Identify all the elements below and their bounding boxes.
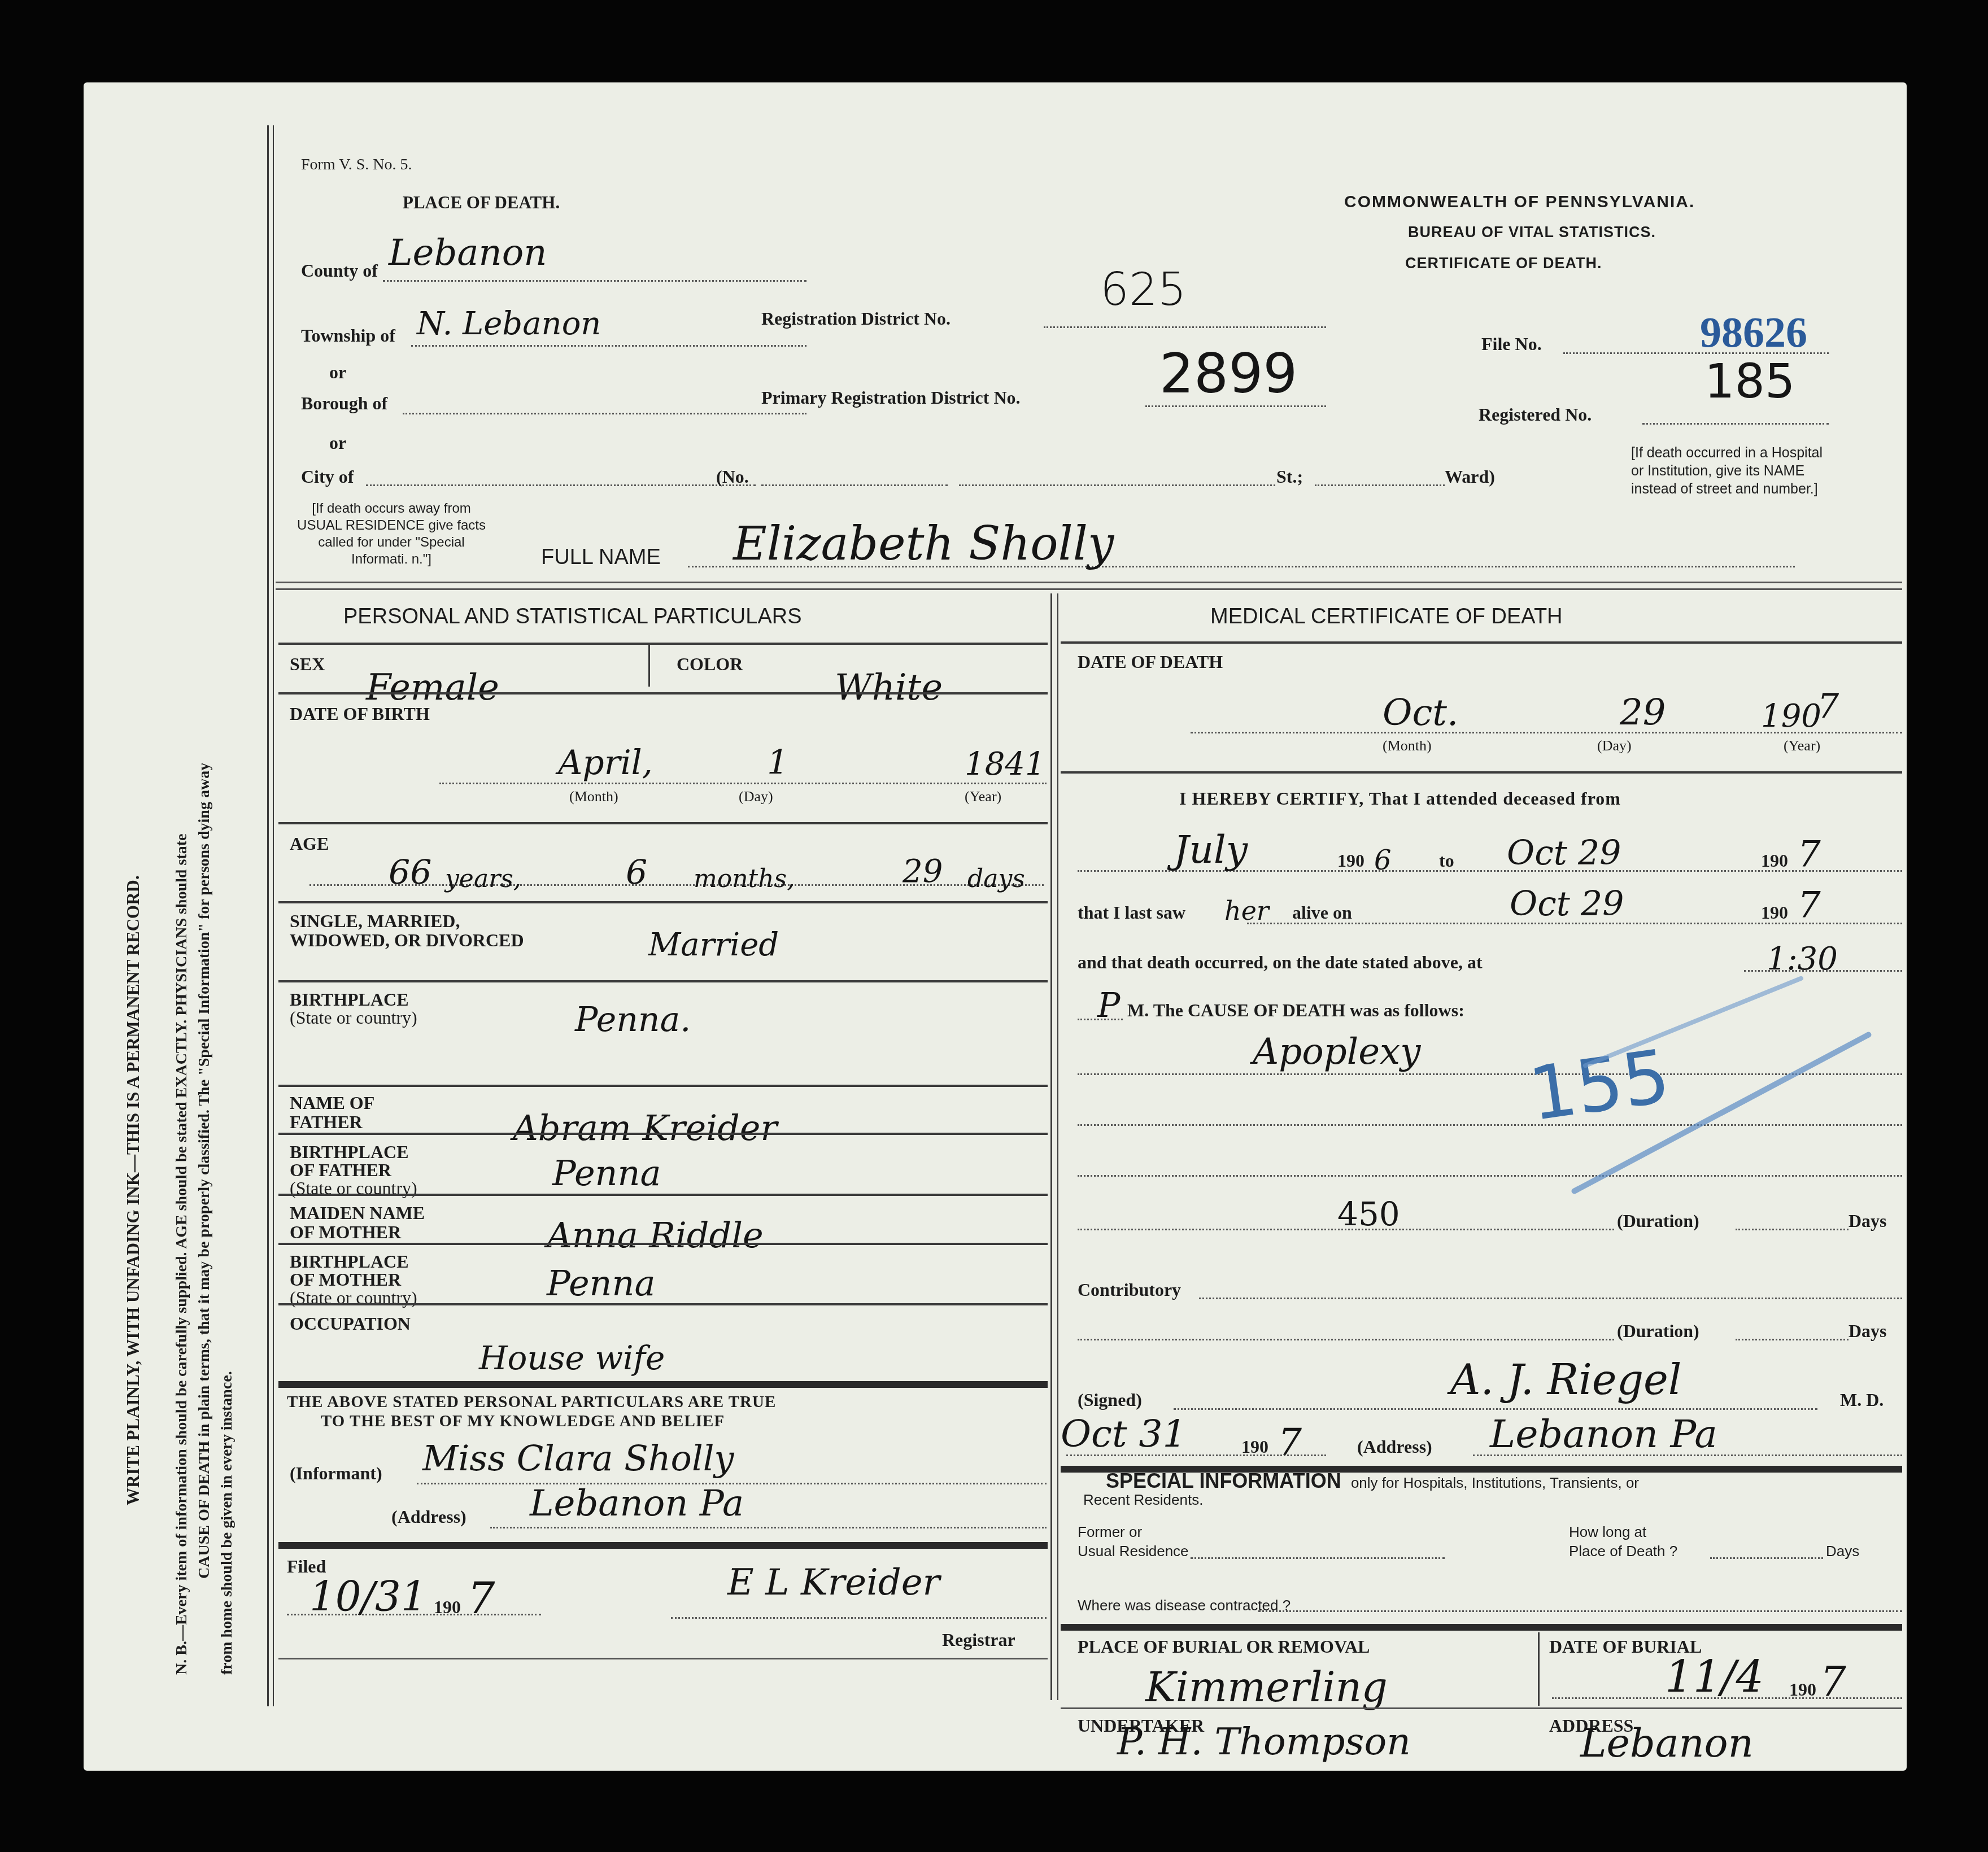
registered-no-label: Registered No. [1479, 404, 1592, 425]
special-info-heading: SPECIAL INFORMATION only for Hospitals, … [1083, 1473, 1897, 1508]
mother-label-line-2: OF MOTHER [290, 1222, 425, 1242]
row-rule [278, 901, 1048, 903]
dob-line [439, 783, 1047, 784]
row-rule [1061, 1707, 1902, 1709]
borough-label: Borough of [301, 393, 387, 414]
former-residence-label-1: Former or [1078, 1522, 1189, 1541]
filed-year-prefix: 190 [434, 1597, 461, 1618]
birthplace-label-line: BIRTHPLACE [290, 990, 417, 1008]
father-label: NAME OF FATHER [290, 1093, 374, 1132]
special-info-subtitle: only for Hospitals, Institutions, Transi… [1351, 1474, 1639, 1491]
filed-year-suffix[interactable]: 7 [468, 1573, 495, 1623]
row-rule [278, 692, 1048, 694]
row-rule [278, 1243, 1048, 1245]
section-rule-thick [278, 1381, 1048, 1388]
row-rule [278, 1133, 1048, 1135]
how-long-line[interactable] [1710, 1557, 1823, 1559]
sex-label: SEX [290, 654, 325, 675]
contributory-duration-line[interactable] [1078, 1339, 1614, 1340]
mother-label: MAIDEN NAME OF MOTHER [290, 1203, 425, 1242]
sex-value[interactable]: Female [366, 667, 499, 709]
registration-district-label: Registration District No. [761, 308, 951, 329]
contracted-line[interactable] [1258, 1610, 1902, 1612]
dod-year-suffix[interactable]: 7 [1817, 687, 1839, 726]
cause-text: M. The CAUSE OF DEATH was as follows: [1127, 1000, 1464, 1021]
age-days[interactable]: 29 [903, 853, 943, 890]
occupation-value[interactable]: House wife [479, 1339, 665, 1377]
row-rule [1061, 771, 1902, 774]
how-long-label: How long at Place of Death ? [1569, 1522, 1677, 1561]
bottom-rule-left [278, 1658, 1048, 1659]
or-label-1: or [329, 362, 346, 383]
certify-text: I HEREBY CERTIFY, That I attended deceas… [1179, 788, 1621, 809]
street-no-field-line[interactable] [761, 484, 948, 486]
physician-address-label: (Address) [1357, 1436, 1432, 1457]
registrar-label: Registrar [942, 1630, 1015, 1650]
cause-line-3 [1078, 1175, 1902, 1177]
dod-day-caption: (Day) [1597, 737, 1632, 754]
header-divider [276, 582, 1902, 583]
file-no-value[interactable]: 98626 [1700, 308, 1807, 357]
dob-month-caption: (Month) [569, 788, 618, 805]
full-name-label: FULL NAME [541, 545, 661, 570]
dod-label: DATE OF DEATH [1078, 652, 1223, 672]
registration-district-line [1044, 326, 1326, 328]
informant-value[interactable]: Miss Clara Sholly [422, 1438, 734, 1479]
death-occurred-text: and that death occurred, on the date sta… [1078, 952, 1483, 973]
attended-to-year-suffix[interactable]: 7 [1798, 833, 1821, 875]
dob-label: DATE OF BIRTH [290, 704, 430, 724]
dob-year-caption: (Year) [965, 788, 1001, 805]
informant-statement: THE ABOVE STATED PERSONAL PARTICULARS AR… [287, 1392, 776, 1431]
form-number: Form V. S. No. 5. [301, 156, 412, 174]
burial-date-value[interactable]: 11/4 [1665, 1652, 1764, 1703]
dob-month[interactable]: April, [558, 743, 653, 783]
dob-year[interactable]: 1841 [965, 746, 1045, 783]
cause-line-1 [1078, 1073, 1902, 1075]
cause-value[interactable]: Apoplexy [1253, 1031, 1420, 1073]
informant-statement-line-1: THE ABOVE STATED PERSONAL PARTICULARS AR… [287, 1392, 776, 1412]
contributory-label: Contributory [1078, 1279, 1181, 1300]
special-info-title: SPECIAL INFORMATION [1106, 1469, 1341, 1492]
dod-year-prefix: 190 [1761, 698, 1821, 735]
mother-birthplace-value[interactable]: Penna [547, 1263, 655, 1304]
street-no-label: (No. [716, 466, 749, 487]
margin-instruction-3: CAUSE OF DEATH in plain terms, that it m… [195, 763, 213, 1579]
residence-note: [If death occurs away from USUAL RESIDEN… [295, 500, 487, 568]
ampm-value[interactable]: P [1097, 986, 1120, 1025]
father-birthplace-value[interactable]: Penna [552, 1152, 661, 1194]
row-rule [278, 643, 1048, 645]
registered-no-line [1642, 423, 1829, 425]
informant-label: (Informant) [290, 1463, 382, 1484]
registration-district-value[interactable]: 625 [1100, 263, 1187, 316]
attended-from-year-prefix: 190 [1337, 850, 1364, 871]
father-label-line-2: FATHER [290, 1112, 374, 1132]
margin-instruction-1: WRITE PLAINLY, WITH UNFADING INK—THIS IS… [123, 875, 143, 1505]
margin-instruction-4: from home should be given in every insta… [218, 1371, 236, 1675]
township-label: Township of [301, 325, 395, 346]
marital-label: SINGLE, MARRIED, WIDOWED, OR DIVORCED [290, 911, 524, 950]
registered-no-value[interactable]: 185 [1704, 353, 1795, 409]
township-value[interactable]: N. Lebanon [417, 305, 601, 342]
special-info-subtitle-line-2: Recent Residents. [1083, 1491, 1897, 1508]
former-residence-label: Former or Usual Residence [1078, 1522, 1189, 1561]
alive-on-text: alive on [1292, 902, 1352, 923]
mother-bp-label-line-2: OF MOTHER [290, 1270, 417, 1288]
city-label: City of [301, 466, 354, 487]
physician-address-value[interactable]: Lebanon Pa [1490, 1412, 1717, 1457]
age-months[interactable]: 6 [626, 853, 647, 893]
informant-address-value[interactable]: Lebanon Pa [530, 1483, 744, 1525]
state-caption: (State or country) [290, 1008, 417, 1027]
column-divider-inner [1057, 593, 1058, 1700]
days-label-2: Days [1849, 1321, 1887, 1342]
dob-day-caption: (Day) [739, 788, 773, 805]
father-bp-label-line-2: OF FATHER [290, 1161, 417, 1179]
mother-bp-label-line-1: BIRTHPLACE [290, 1252, 417, 1270]
registrar-signature[interactable]: E L Kreider [727, 1562, 940, 1604]
birthplace-value[interactable]: Penna. [575, 1000, 691, 1039]
months-word: months, [694, 864, 795, 893]
county-value[interactable]: Lebanon [389, 232, 547, 274]
how-long-label-2: Place of Death ? [1569, 1541, 1677, 1561]
father-bp-label-line-1: BIRTHPLACE [290, 1143, 417, 1161]
burial-year-prefix: 190 [1789, 1679, 1816, 1700]
father-label-line-1: NAME OF [290, 1093, 374, 1112]
to-word: to [1439, 850, 1454, 871]
certificate-paper: WRITE PLAINLY, WITH UNFADING INK—THIS IS… [84, 82, 1907, 1771]
physician-signature[interactable]: A. J. Riegel [1450, 1356, 1681, 1404]
dod-day[interactable]: 29 [1620, 692, 1666, 734]
left-border-rule [267, 125, 269, 1706]
medical-heading: MEDICAL CERTIFICATE OF DEATH [1210, 605, 1563, 629]
township-field-line [411, 345, 806, 347]
birthplace-label: BIRTHPLACE (State or country) [290, 990, 417, 1027]
father-birthplace-label: BIRTHPLACE OF FATHER (State or country) [290, 1143, 417, 1197]
street-name-field-line[interactable] [959, 484, 1275, 486]
color-label: COLOR [677, 654, 743, 675]
signed-date[interactable]: Oct 31 [1061, 1412, 1187, 1456]
dod-month[interactable]: Oct. [1383, 692, 1458, 734]
attended-to[interactable]: Oct 29 [1507, 833, 1621, 873]
filed-date-value[interactable]: 10/31 [309, 1573, 427, 1620]
duration-label: (Duration) [1617, 1211, 1699, 1231]
attended-from-year-suffix[interactable]: 6 [1374, 845, 1392, 876]
signed-label: (Signed) [1078, 1390, 1142, 1410]
how-long-label-1: How long at [1569, 1522, 1677, 1541]
former-residence-label-2: Usual Residence [1078, 1541, 1189, 1561]
burial-year-suffix[interactable]: 7 [1820, 1658, 1846, 1705]
undertaker-address-value[interactable]: Lebanon [1580, 1720, 1754, 1766]
sex-color-divider [648, 644, 650, 687]
header-divider-2 [276, 588, 1902, 590]
county-field-line [383, 280, 806, 282]
column-divider [1050, 593, 1052, 1700]
ward-label: Ward) [1445, 466, 1495, 487]
file-no-label: File No. [1481, 334, 1542, 355]
row-rule [278, 1303, 1048, 1305]
primary-registration-line [1145, 405, 1326, 407]
dod-year-caption: (Year) [1784, 737, 1820, 754]
contributory-days-line[interactable] [1736, 1339, 1849, 1340]
signed-year-suffix[interactable]: 7 [1278, 1421, 1302, 1464]
city-field-line[interactable] [366, 484, 756, 486]
attended-to-year-prefix: 190 [1761, 850, 1788, 871]
duration-days-line [1736, 1229, 1849, 1230]
place-of-death-heading: PLACE OF DEATH. [403, 193, 560, 213]
mother-name-value[interactable]: Anna Riddle [547, 1215, 764, 1256]
row-rule [278, 1085, 1048, 1087]
last-saw-year-prefix: 190 [1761, 902, 1788, 923]
left-border-rule-inner [273, 125, 274, 1706]
certificate-title: CERTIFICATE OF DEATH. [1405, 255, 1602, 272]
undertaker-value[interactable]: P. H. Thompson [1117, 1720, 1411, 1763]
contributory-line[interactable] [1199, 1298, 1902, 1299]
father-name-value[interactable]: Abram Kreider [513, 1107, 777, 1148]
signed-year-prefix: 190 [1241, 1436, 1268, 1457]
registrar-line [671, 1617, 1047, 1619]
years-word: years, [445, 864, 521, 893]
marital-label-line-2: WIDOWED, OR DIVORCED [290, 931, 524, 950]
full-name-value[interactable]: Elizabeth Sholly [733, 517, 1114, 571]
primary-registration-label: Primary Registration District No. [761, 387, 1021, 408]
dod-month-caption: (Month) [1383, 737, 1432, 754]
margin-instruction-2: N. B.—Every item of information should b… [173, 834, 191, 1675]
attended-from[interactable]: July [1174, 828, 1248, 872]
burial-divider [1538, 1632, 1540, 1706]
mother-label-line-1: MAIDEN NAME [290, 1203, 425, 1222]
occupation-label: OCCUPATION [290, 1313, 411, 1334]
or-label-2: or [329, 433, 346, 453]
duration-label-2: (Duration) [1617, 1321, 1699, 1342]
personal-heading: PERSONAL AND STATISTICAL PARTICULARS [343, 605, 802, 629]
row-rule [1061, 641, 1902, 644]
md-label: M. D. [1840, 1390, 1884, 1410]
section-rule-thick [278, 1542, 1048, 1549]
former-residence-line[interactable] [1191, 1557, 1445, 1559]
burial-place-value[interactable]: Kimmerling [1145, 1663, 1388, 1711]
last-saw-date[interactable]: Oct 29 [1510, 884, 1624, 924]
row-rule [278, 1194, 1048, 1196]
borough-field-line[interactable] [403, 413, 806, 414]
duration-value[interactable]: 450 [1337, 1195, 1400, 1233]
how-long-days-label: Days [1826, 1543, 1859, 1560]
dob-day[interactable]: 1 [767, 743, 788, 783]
age-years[interactable]: 66 [389, 853, 431, 893]
last-saw-year-suffix[interactable]: 7 [1798, 884, 1821, 926]
st-label: St.; [1276, 466, 1303, 487]
days-label: Days [1849, 1211, 1887, 1231]
ward-field-line[interactable] [1315, 484, 1445, 486]
signed-line [1174, 1408, 1817, 1410]
hospital-note: [If death occurred in a Hospital or Inst… [1631, 444, 1829, 498]
primary-registration-value[interactable]: 2899 [1159, 342, 1297, 405]
pencil-code-annotation: 155 [1524, 1033, 1675, 1137]
color-value[interactable]: White [835, 667, 943, 709]
marital-label-line-1: SINGLE, MARRIED, [290, 911, 524, 931]
informant-address-line [490, 1527, 1047, 1528]
informant-statement-line-2: TO THE BEST OF MY KNOWLEDGE AND BELIEF [287, 1412, 776, 1431]
cause-line-2 [1078, 1124, 1902, 1126]
mother-birthplace-label: BIRTHPLACE OF MOTHER (State or country) [290, 1252, 417, 1307]
bureau-title: BUREAU OF VITAL STATISTICS. [1408, 224, 1656, 241]
commonwealth-title: COMMONWEALTH OF PENNSYLVANIA. [1344, 193, 1695, 212]
last-saw-text: that I last saw [1078, 902, 1185, 923]
pencil-stroke-icon [1582, 976, 1804, 1069]
burial-place-label: PLACE OF BURIAL OR REMOVAL [1078, 1636, 1370, 1657]
section-rule-thick [1061, 1624, 1902, 1631]
last-saw-pronoun[interactable]: her [1224, 896, 1269, 926]
informant-address-label: (Address) [391, 1506, 467, 1527]
row-rule [278, 980, 1048, 982]
row-rule [278, 822, 1048, 824]
time-of-death[interactable]: 1:30 [1767, 941, 1838, 977]
county-label: County of [301, 260, 378, 281]
marital-value[interactable]: Married [648, 927, 779, 963]
days-word: days [967, 864, 1025, 893]
age-label: AGE [290, 833, 329, 854]
